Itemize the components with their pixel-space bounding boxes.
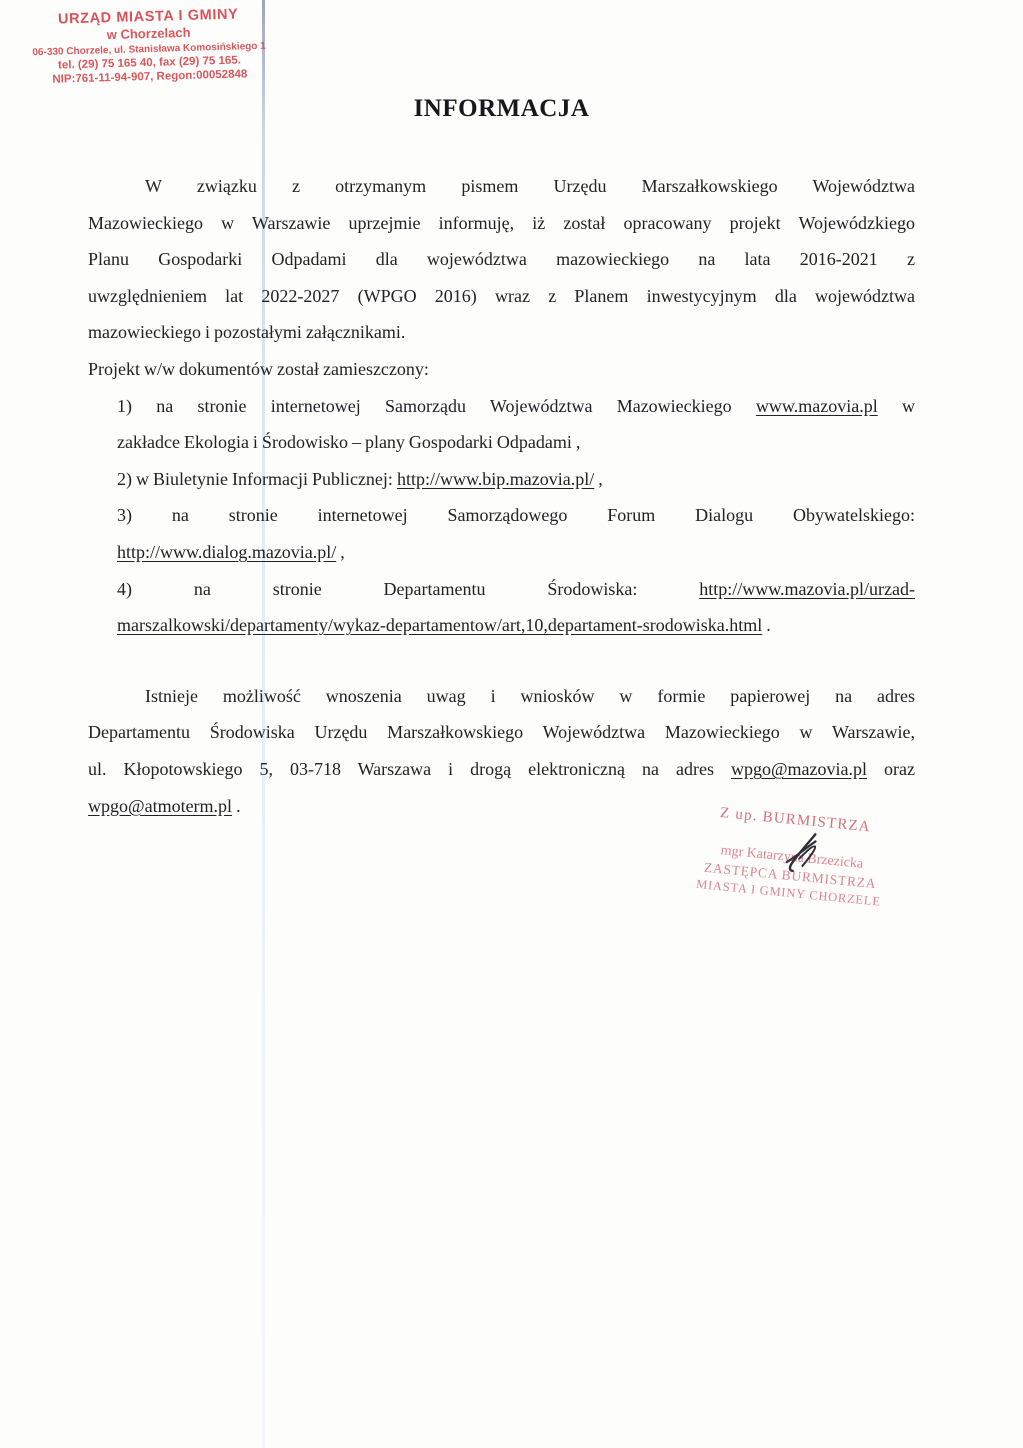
- text-segment: W związku z otrzymanym pismem Urzędu Mar…: [145, 176, 915, 196]
- ordered-list: 1) na stronie internetowej Samorządu Woj…: [117, 388, 915, 644]
- paragraph-submission-info: Istnieje możliwość wnoszenia uwag i wnio…: [88, 678, 915, 824]
- hyperlink[interactable]: www.mazovia.pl: [756, 396, 878, 416]
- text-line: Departamentu Środowiska Urzędu Marszałko…: [88, 714, 915, 751]
- text-segment: .: [232, 796, 241, 816]
- text-line: zakładce Ekologia i Środowisko – plany G…: [117, 424, 915, 461]
- paragraph-project-note: Projekt w/w dokumentów został zamieszczo…: [88, 351, 915, 388]
- text-line: mazowieckiego i pozostałymi załącznikami…: [88, 314, 915, 351]
- text-segment: 4) na stronie Departamentu Środowiska:: [117, 579, 699, 599]
- office-header-stamp: URZĄD MIASTA I GMINY w Chorzelach 06-330…: [27, 6, 271, 87]
- paragraph-intro: W związku z otrzymanym pismem Urzędu Mar…: [88, 168, 915, 351]
- text-line: 2) w Biuletynie Informacji Publicznej: h…: [117, 461, 915, 498]
- text-line: 1) na stronie internetowej Samorządu Woj…: [117, 388, 915, 425]
- hyperlink[interactable]: wpgo@atmoterm.pl: [88, 796, 232, 816]
- text-segment: oraz: [867, 759, 915, 779]
- text-line: Planu Gospodarki Odpadami dla województw…: [88, 241, 915, 278]
- document-title: INFORMACJA: [88, 95, 915, 123]
- list-item-3: 3) na stronie internetowej Samorządowego…: [117, 497, 915, 570]
- text-line: ul. Kłopotowskiego 5, 03-718 Warszawa i …: [88, 751, 915, 788]
- text-segment: 3) na stronie internetowej Samorządowego…: [117, 505, 915, 525]
- text-line: Istnieje możliwość wnoszenia uwag i wnio…: [88, 678, 915, 715]
- text-segment: 2) w Biuletynie Informacji Publicznej:: [117, 469, 397, 489]
- text-segment: Departamentu Środowiska Urzędu Marszałko…: [88, 722, 915, 742]
- hyperlink[interactable]: http://www.bip.mazovia.pl/: [397, 469, 594, 489]
- text-segment: ,: [336, 542, 345, 562]
- handwritten-signature: [780, 829, 825, 878]
- text-line: marszalkowski/departamenty/wykaz-departa…: [117, 607, 915, 644]
- text-line: Mazowieckiego w Warszawie uprzejmie info…: [88, 205, 915, 242]
- text-segment: w: [878, 396, 915, 416]
- text-line: uwzględnieniem lat 2022-2027 (WPGO 2016)…: [88, 278, 915, 315]
- text-segment: ul. Kłopotowskiego 5, 03-718 Warszawa i …: [88, 759, 731, 779]
- hyperlink[interactable]: http://www.dialog.mazovia.pl/: [117, 542, 336, 562]
- list-item-1: 1) na stronie internetowej Samorządu Woj…: [117, 388, 915, 461]
- text-segment: .: [762, 615, 771, 635]
- text-line: 3) na stronie internetowej Samorządowego…: [117, 497, 915, 534]
- text-segment: Projekt w/w dokumentów został zamieszczo…: [88, 359, 429, 379]
- document-body: W związku z otrzymanym pismem Urzędu Mar…: [88, 168, 915, 824]
- document-page: URZĄD MIASTA I GMINY w Chorzelach 06-330…: [0, 0, 1023, 1448]
- hyperlink[interactable]: marszalkowski/departamenty/wykaz-departa…: [117, 615, 762, 635]
- text-segment: 1) na stronie internetowej Samorządu Woj…: [117, 396, 756, 416]
- text-segment: mazowieckiego i pozostałymi załącznikami…: [88, 322, 405, 342]
- text-line: http://www.dialog.mazovia.pl/ ,: [117, 534, 915, 571]
- text-segment: uwzględnieniem lat 2022-2027 (WPGO 2016)…: [88, 286, 915, 306]
- text-segment: Mazowieckiego w Warszawie uprzejmie info…: [88, 213, 915, 233]
- text-segment: Istnieje możliwość wnoszenia uwag i wnio…: [145, 686, 915, 706]
- text-segment: Planu Gospodarki Odpadami dla województw…: [88, 249, 915, 269]
- list-item-2: 2) w Biuletynie Informacji Publicznej: h…: [117, 461, 915, 498]
- text-line: Projekt w/w dokumentów został zamieszczo…: [88, 351, 915, 388]
- hyperlink[interactable]: http://www.mazovia.pl/urzad-: [699, 579, 915, 599]
- text-line: 4) na stronie Departamentu Środowiska: h…: [117, 571, 915, 608]
- text-line: W związku z otrzymanym pismem Urzędu Mar…: [88, 168, 915, 205]
- list-item-4: 4) na stronie Departamentu Środowiska: h…: [117, 571, 915, 644]
- hyperlink[interactable]: wpgo@mazovia.pl: [731, 759, 867, 779]
- text-segment: zakładce Ekologia i Środowisko – plany G…: [117, 432, 580, 452]
- text-segment: ,: [594, 469, 603, 489]
